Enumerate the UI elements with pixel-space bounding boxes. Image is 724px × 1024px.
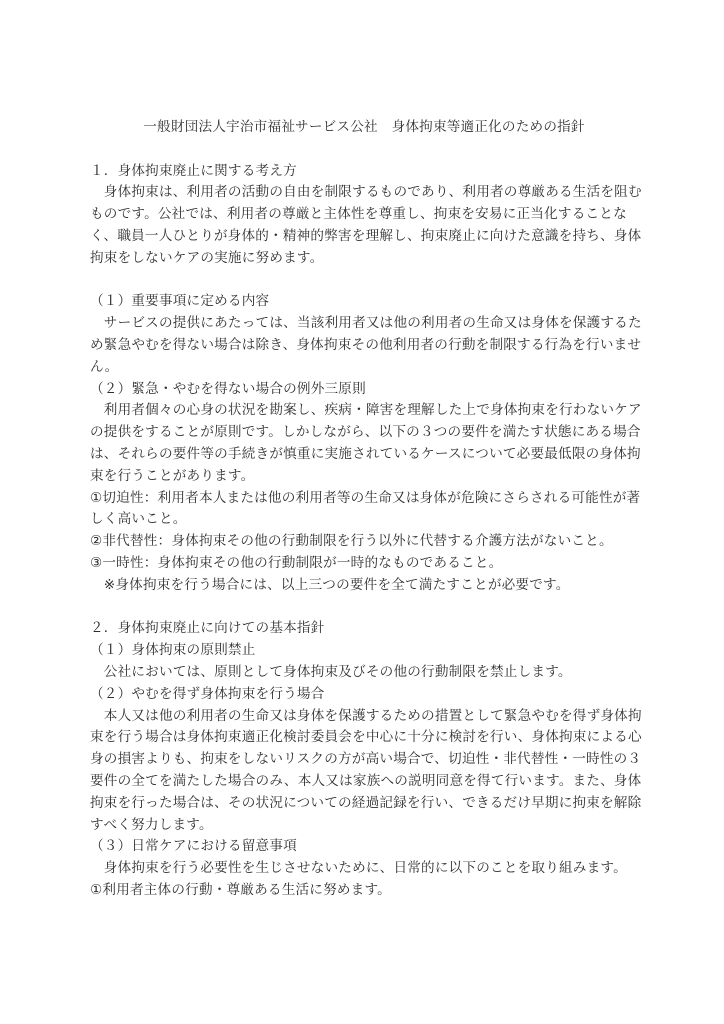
subsection-2-3-heading: （３）日常ケアにおける留意事項 <box>90 835 638 857</box>
doc-line: サービスの提供にあたっては、当該利用者又は他の利用者の生命又は身体を保護するた <box>90 312 638 334</box>
subsection-1-2-heading: （２）緊急・やむを得ない場合の例外三原則 <box>90 378 638 400</box>
list-item-3: ③一時性：身体拘束その他の行動制限が一時的なものであること。 <box>90 552 638 574</box>
blank-line <box>90 138 638 160</box>
note-line: ※身体拘束を行う場合には、以上三つの要件を全て満たすことが必要です。 <box>90 574 638 596</box>
doc-line: しく高いこと。 <box>90 508 638 530</box>
blank-line <box>90 596 638 618</box>
doc-line: く、職員一人ひとりが身体的・精神的弊害を理解し、拘束廃止に向けた意識を持ち、身体 <box>90 225 638 247</box>
doc-line: 公社においては、原則として身体拘束及びその他の行動制限を禁止します。 <box>90 661 638 683</box>
doc-line: め緊急やむを得ない場合は除き、身体拘束その他利用者の行動を制限する行為を行いませ <box>90 334 638 356</box>
doc-line: ん。 <box>90 356 638 378</box>
subsection-1-1-heading: （１）重要事項に定める内容 <box>90 290 638 312</box>
doc-line: 利用者個々の心身の状況を勘案し、疾病・障害を理解した上で身体拘束を行わないケア <box>90 399 638 421</box>
document-title: 一般財団法人宇治市福祉サービス公社 身体拘束等適正化のための指針 <box>90 116 638 138</box>
list-item-2: ②非代替性：身体拘束その他の行動制限を行う以外に代替する介護方法がないこと。 <box>90 530 638 552</box>
doc-line: 要件の全てを満たした場合のみ、本人又は家族への説明同意を得て行います。また、身体 <box>90 770 638 792</box>
doc-line: 束を行うことがあります。 <box>90 465 638 487</box>
document-content: 一般財団法人宇治市福祉サービス公社 身体拘束等適正化のための指針 １．身体拘束廃… <box>90 116 638 901</box>
blank-line <box>90 269 638 291</box>
doc-line: すべく努力します。 <box>90 814 638 836</box>
doc-line: は、それらの要件等の手続きが慎重に実施されているケースについて必要最低限の身体拘 <box>90 443 638 465</box>
section-2-heading: ２．身体拘束廃止に向けての基本指針 <box>90 617 638 639</box>
doc-line: ものです。公社では、利用者の尊厳と主体性を尊重し、拘束を安易に正当化することな <box>90 203 638 225</box>
list-item-1: ①利用者主体の行動・尊厳ある生活に努めます。 <box>90 879 638 901</box>
subsection-2-1-heading: （１）身体拘束の原則禁止 <box>90 639 638 661</box>
doc-line: 身体拘束は、利用者の活動の自由を制限するものであり、利用者の尊厳ある生活を阻む <box>90 181 638 203</box>
doc-line: 拘束をしないケアの実施に努めます。 <box>90 247 638 269</box>
section-1-heading: １．身体拘束廃止に関する考え方 <box>90 160 638 182</box>
document-page: 一般財団法人宇治市福祉サービス公社 身体拘束等適正化のための指針 １．身体拘束廃… <box>0 0 724 1024</box>
doc-line: 身の損害よりも、拘束をしないリスクの方が高い場合で、切迫性・非代替性・一時性の３ <box>90 748 638 770</box>
doc-line: 拘束を行った場合は、その状況についての経過記録を行い、できるだけ早期に拘束を解除 <box>90 792 638 814</box>
doc-line: 本人又は他の利用者の生命又は身体を保護するための措置として緊急やむを得ず身体拘 <box>90 705 638 727</box>
doc-line: の提供をすることが原則です。しかしながら、以下の３つの要件を満たす状態にある場合 <box>90 421 638 443</box>
doc-line: 束を行う場合は身体拘束適正化検討委員会を中心に十分に検討を行い、身体拘束による心 <box>90 726 638 748</box>
doc-line: 身体拘束を行う必要性を生じさせないために、日常的に以下のことを取り組みます。 <box>90 857 638 879</box>
list-item-1: ①切迫性：利用者本人または他の利用者等の生命又は身体が危険にさらされる可能性が著 <box>90 487 638 509</box>
subsection-2-2-heading: （２）やむを得ず身体拘束を行う場合 <box>90 683 638 705</box>
